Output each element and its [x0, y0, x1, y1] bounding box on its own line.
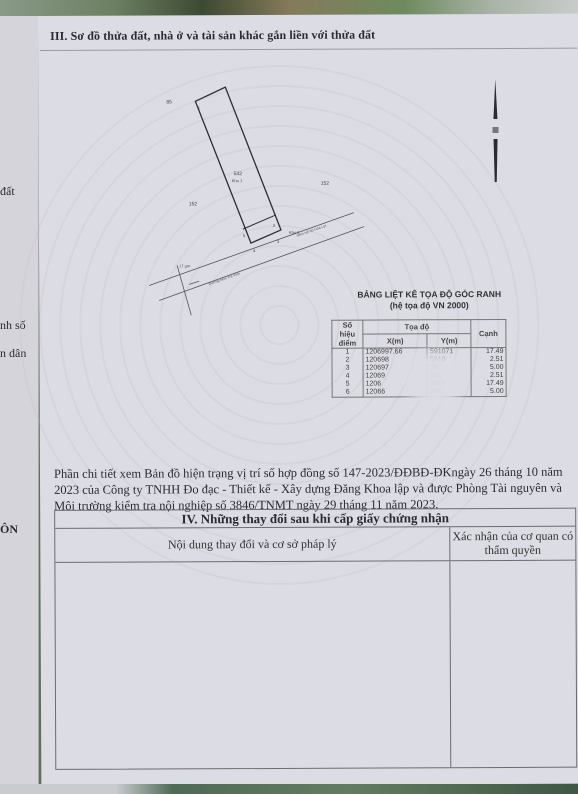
- cell-edge: 5.00: [471, 388, 506, 397]
- measure-label-top: 17 gm: [179, 263, 191, 268]
- header-coords: Tọa độ: [363, 320, 471, 334]
- coordinate-table-subtitle: (hệ tọa độ VN 2000): [339, 300, 519, 312]
- cell-point: 6: [332, 389, 363, 398]
- left-page-fragment: ÔN: [0, 522, 18, 537]
- vertex-label: 5: [243, 233, 246, 238]
- parcel-outline: [195, 87, 281, 243]
- vertex-label: 6: [197, 105, 200, 110]
- cell-point: 5: [332, 381, 363, 389]
- section4-header-row: Nội dung thay đổi và cơ sở pháp lý Xác n…: [55, 527, 575, 563]
- neighbor-label-top: 85: [166, 99, 172, 105]
- coordinate-table-title: BẢNG LIỆT KÊ TỌA ĐỘ GÓC RANH (hệ tọa độ …: [339, 289, 519, 312]
- left-page-fragment: đất: [0, 184, 15, 199]
- cell-edge: 17.49: [471, 380, 506, 388]
- parcel-inner-line: [243, 215, 276, 229]
- cell-point: 1: [332, 348, 363, 357]
- section4-col1-header: Nội dung thay đổi và cơ sở pháp lý: [55, 527, 450, 562]
- road-label-side: Hẻm nội bộ Hòa Lợi: [296, 224, 327, 238]
- section4-authority-confirmation-cell: [450, 561, 576, 768]
- section4-change-content-cell: [55, 561, 451, 769]
- section4-table: IV. Những thay đổi sau khi cấp giấy chứn…: [54, 508, 577, 770]
- photo-background-bottom: [0, 784, 578, 794]
- neighbor-label-left: 152: [189, 201, 198, 207]
- cell-edge: 17.49: [471, 347, 506, 356]
- road-label-main: Đường hẻm Trà Vinh: [208, 272, 240, 287]
- vertex-label: 3: [277, 239, 280, 244]
- vertex-label: 2: [273, 223, 276, 228]
- header-edge: Cạnh: [471, 319, 506, 347]
- neighbor-label-right: 152: [321, 181, 330, 187]
- cell-point: 3: [332, 365, 363, 373]
- section4-col2-header: Xác nhận của cơ quan có thẩm quyền: [450, 527, 575, 561]
- detail-note: Phần chi tiết xem Bản đồ hiện trạng vị t…: [54, 464, 578, 514]
- parcel-sheet-label: Khu 1: [232, 178, 243, 183]
- cell-edge: 2.51: [471, 356, 506, 364]
- certificate-page: III. Sơ đồ thửa đất, nhà ở và tài sản kh…: [38, 14, 578, 786]
- cell-point: 2: [332, 357, 363, 365]
- section4-body: [55, 561, 576, 769]
- cell-edge: 5.00: [471, 364, 506, 372]
- parcel-number: 542: [234, 171, 243, 177]
- redaction-blur: [399, 344, 469, 414]
- north-arrow-icon: [488, 79, 502, 189]
- cell-point: 4: [332, 373, 363, 381]
- cell-edge: 2.51: [471, 372, 506, 380]
- vertex-label: 4: [253, 248, 256, 253]
- header-point: Số hiệu điểm: [332, 320, 363, 348]
- coordinate-table-heading: BẢNG LIỆT KÊ TỌA ĐỘ GÓC RANH: [339, 289, 519, 301]
- section4-title: IV. Những thay đổi sau khi cấp giấy chứn…: [55, 509, 575, 529]
